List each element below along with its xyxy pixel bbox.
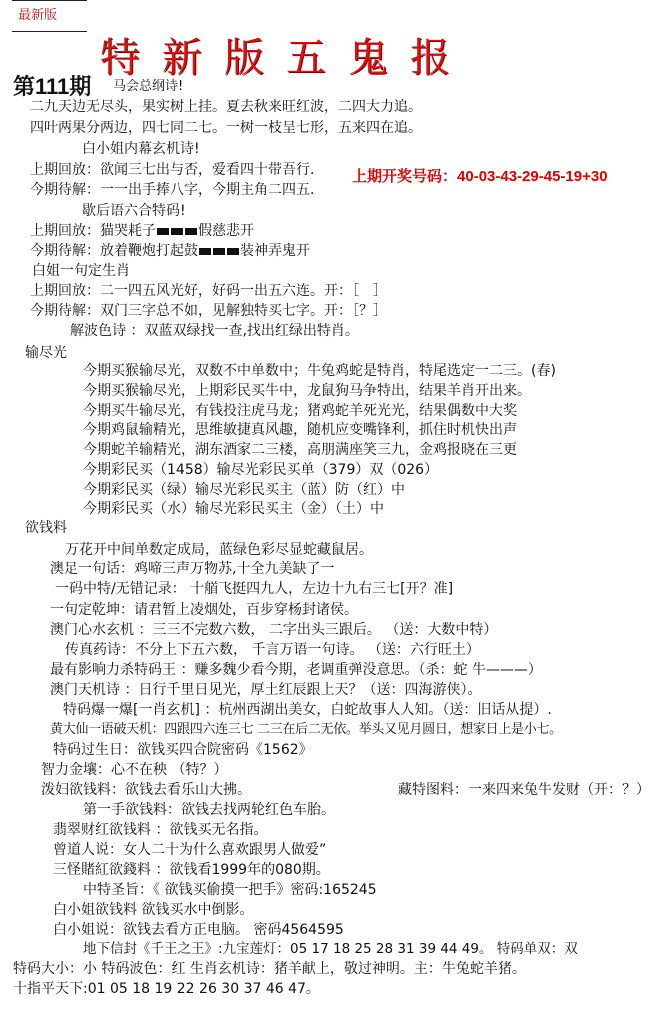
list-item: 今期鸡鼠输精光，思维敏捷真风趣，随机应变嘴锋利，抓住时机快出声: [83, 422, 517, 438]
last-replay: 上期回放：二一四五风光好，好码一出五六连。开：［ ］: [30, 283, 387, 299]
color-poem: 解波色诗 ：双蓝双绿找一查,找出红绿出特肖。: [70, 323, 359, 339]
list-item: 白小姐欲钱料 欲钱买水中倒影。: [53, 902, 253, 918]
list-item: 最有影响力杀特码王 ：赚多魏少看今期，老调重弹没意思。（杀：蛇 牛———）: [50, 662, 542, 678]
last-replay: 上期回放：猫哭耗子假慈悲开: [30, 223, 254, 239]
list-item: 特码爆一爆[一肖玄机] ：杭州西湖出美女，白蛇故事人人知。（送：旧话从提）.: [63, 702, 552, 718]
list-item: 今期买牛输尽光，有钱投注虎马龙；猪鸡蛇羊死光光，结果偶数中大奖: [83, 403, 517, 419]
list-item: 特码过生日：欲钱买四合院密码《1562》: [53, 742, 313, 758]
section-heading: 白小姐内幕玄机诗!: [82, 141, 200, 157]
list-item: 澳门天机诗 ：日行千里日见光，厚土红辰跟上天？（送：四海游侠）。: [50, 682, 481, 698]
list-item: 万花开中间单数定成局，蓝绿色彩尽显蛇藏鼠居。: [65, 542, 373, 558]
current-riddle: 今期待解：一一出手捧八字，今期主角二四五.: [30, 182, 314, 198]
block-mark: [171, 228, 183, 235]
section-heading: 输尽光: [25, 345, 67, 361]
list-item: 黄大仙一语破天机：四跟四六连三七 二三在后二无依。举头又见月圆日，想家日上是小七…: [50, 722, 562, 738]
list-item: 中特圣旨：《 欲钱买偷摸一把手》密码:165245: [83, 882, 377, 898]
text: 假慈悲开: [198, 223, 254, 239]
list-item: 白小姐说：欲钱去看方正电脑。 密码4564595: [53, 922, 344, 938]
current-riddle: 今期待解：放着鞭炮打起鼓装神弄鬼开: [30, 243, 310, 259]
section-heading: 白姐一句定生肖: [32, 263, 130, 279]
list-item: 今期买猴输尽光，上期彩民买牛中，龙鼠狗马争特出，结果羊肖开出来。: [83, 383, 531, 399]
block-mark: [157, 228, 169, 235]
list-item: 今期蛇羊输精光，湖东酒家二三楼，高朋满座笑三九，金鸡报晓在三更: [83, 442, 517, 458]
block-mark: [185, 228, 197, 235]
badge-rule: [12, 31, 87, 32]
list-item: 三怪賭紅欲錢料 ：欲钱看1999年的080期。: [53, 862, 330, 878]
top-rule: [12, 0, 87, 1]
text: 今期待解：放着鞭炮打起鼓: [30, 243, 198, 259]
block-mark: [227, 248, 239, 255]
list-item: 十指平天下:01 05 18 19 22 26 30 37 46 47。: [13, 981, 320, 997]
last-result: 上期开奖号码：40-03-43-29-45-19+30: [352, 165, 608, 186]
list-item: 今期彩民买（水）输尽光彩民买主（金）（土）中: [83, 501, 384, 517]
current-riddle: 今期待解：双门三字总不如，见解独特买七字。开：［？］: [30, 303, 387, 319]
list-item: 一句定乾坤：请君暂上凌烟处，百步穿杨封诸侯。: [50, 602, 358, 618]
list-item: 今期彩民买（1458）输尽光彩民买单（379）双（026）: [83, 462, 438, 478]
list-item: 传真药诗：不分上下五六数， 千言万语一句诗。 （送：六行旺土）: [65, 642, 480, 658]
section-heading: 歇后语六合特码!: [82, 203, 186, 219]
block-mark: [213, 248, 225, 255]
text: 装神弄鬼开: [240, 243, 310, 259]
list-item: 今期买猴输尽光，双数不中单数中；牛兔鸡蛇是特肖，特尾选定一二三。(春): [83, 363, 556, 379]
list-item: 第一手欲钱料：欲钱去找两轮红色车胎。: [83, 802, 335, 818]
page-title: 特新版五鬼报: [100, 26, 472, 83]
last-result-numbers: 40-03-43-29-45-19+30: [457, 168, 608, 185]
list-item: 澳门心水玄机 ：三三不完数六数， 二字出头三跟后。 （送：大数中特）: [50, 622, 497, 638]
section-heading: 欲钱料: [25, 520, 67, 536]
list-item: 智力金壤：心不在秧 （特？）: [41, 762, 227, 778]
list-item: 澳足一句话：鸡啼三声万物苏,十全九美缺了一: [50, 561, 334, 577]
poem-title: 马会总纲诗!: [113, 79, 183, 95]
list-item: 地下信封《千王之王》:九宝莲灯：05 17 18 25 28 31 39 44 …: [83, 941, 578, 957]
list-item: 特码大小：小 特码波色：红 生肖玄机诗：猪羊献上，敬过神明。主：牛兔蛇羊猪。: [13, 961, 526, 977]
list-item: 翡翠财红欲钱料 ：欲钱买无名指。: [53, 822, 267, 838]
text: 上期回放：猫哭耗子: [30, 223, 156, 239]
list-item: 藏特图料：一来四来兔牛发财（开：？）: [398, 782, 650, 798]
list-item: 今期彩民买（绿）输尽光彩民买主（蓝）防（红）中: [83, 482, 405, 498]
poem-line-1: 二九天边无尽头，果实树上挂。夏去秋来旺红波，二四大力追。: [30, 99, 422, 115]
poem-line-2: 四叶两果分两边，四七同二七。一树一枝呈七形，五来四在追。: [30, 120, 422, 136]
issue-number: 第111期: [13, 70, 91, 101]
edition-badge: 最新版: [18, 4, 57, 23]
last-replay: 上期回放：欲闻三七出与否，爱看四十带吾行.: [30, 162, 314, 178]
last-result-label: 上期开奖号码：: [352, 168, 457, 185]
list-item: 一码中特/无错记录： 十艏飞挺四九人，左边十九右三七[开？准]: [55, 581, 453, 597]
block-mark: [199, 248, 211, 255]
list-item: 曾道人说：女人二十为什么喜欢跟男人做爱”: [53, 842, 326, 858]
list-item: 泼妇欲钱料：欲钱去看乐山大拂。: [41, 782, 251, 798]
